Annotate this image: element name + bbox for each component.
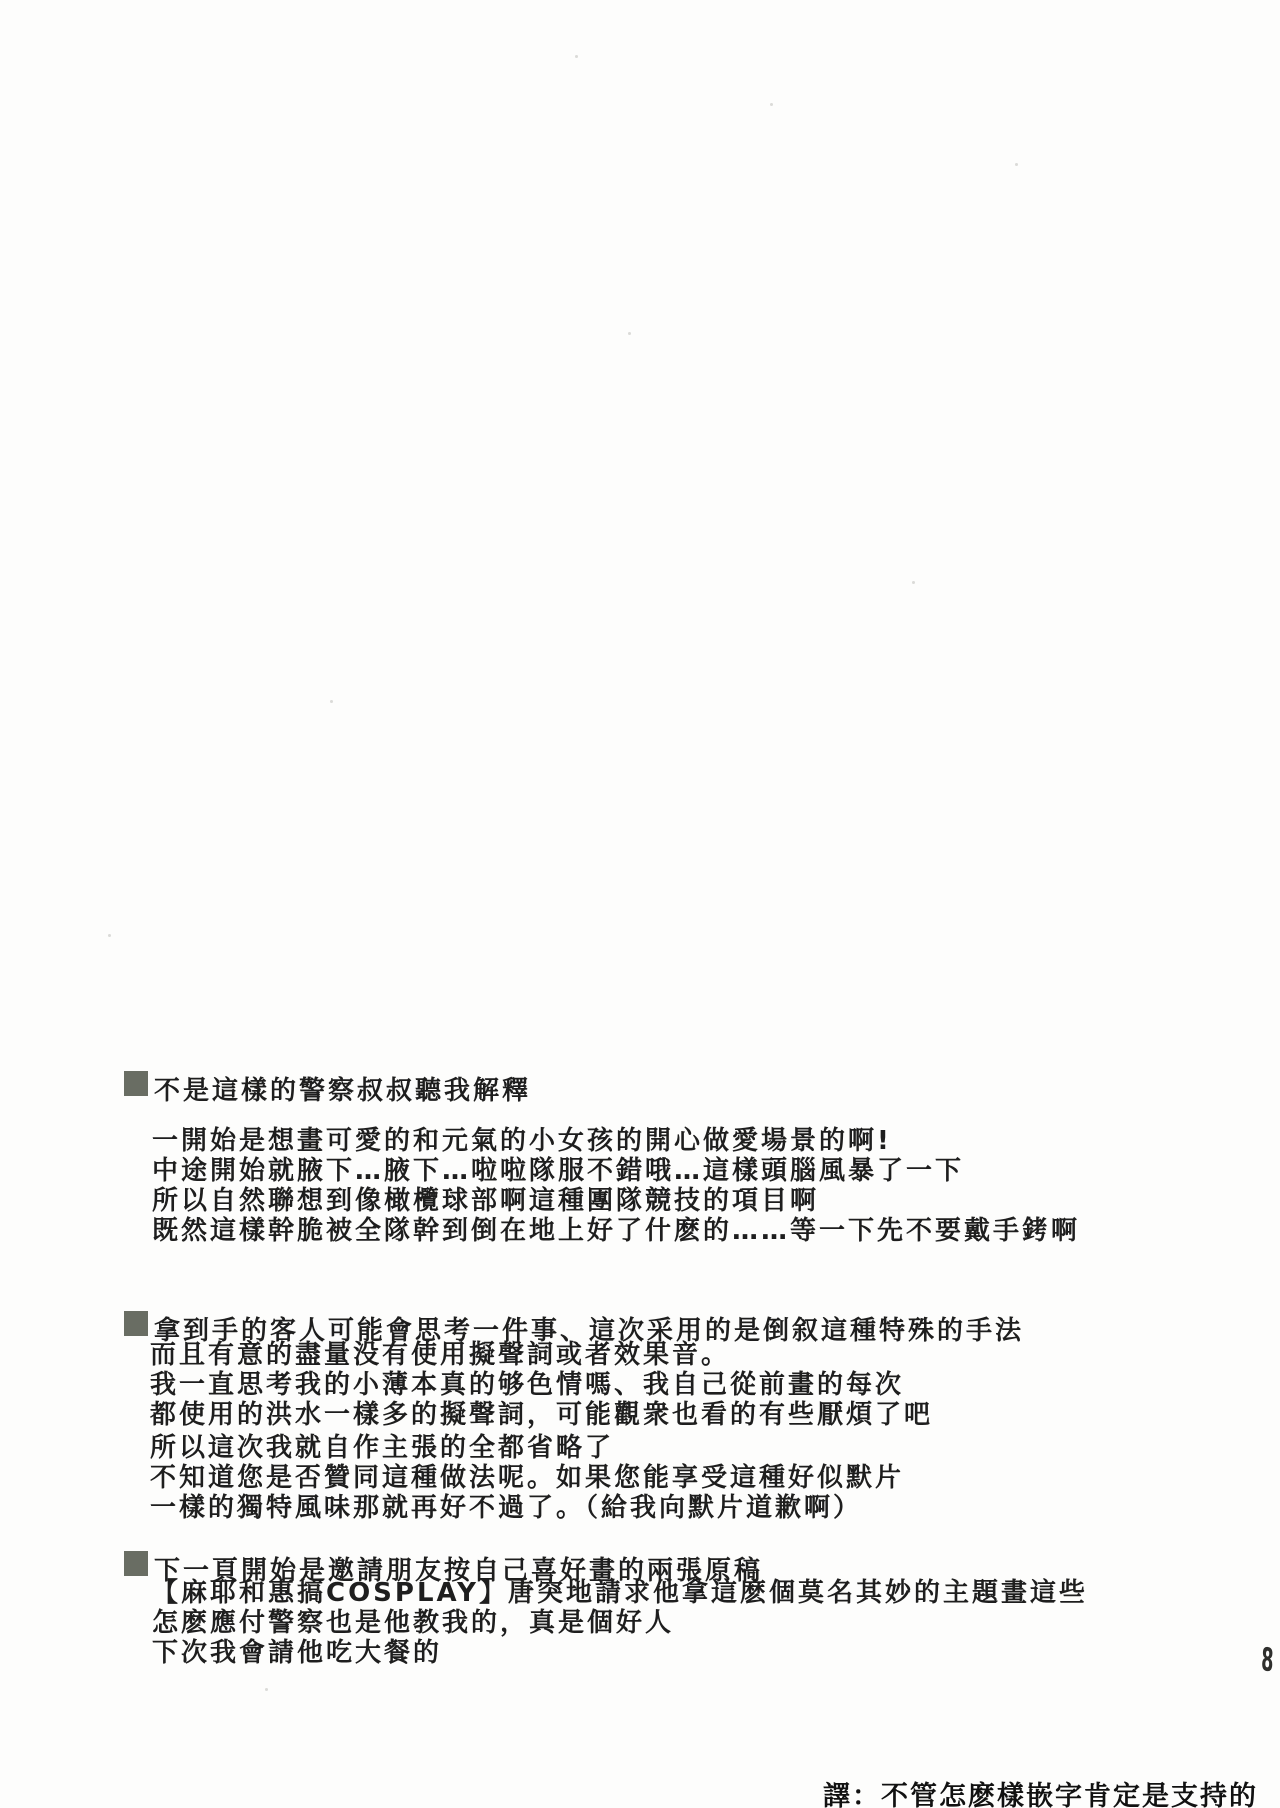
square-bullet-icon	[124, 1071, 148, 1096]
paragraph-line: 都使用的洪水一樣多的擬聲詞，可能觀衆也看的有些厭煩了吧	[150, 1400, 933, 1430]
edge-partial-glyph: 8	[1261, 1640, 1275, 1679]
paragraph-line: 我一直思考我的小薄本真的够色情嗎、我自己從前畫的每次	[150, 1370, 933, 1400]
translator-note: 譯：不管怎麽樣嵌字肯定是支持的	[823, 1774, 1258, 1808]
scan-speck	[912, 581, 915, 584]
scan-speck	[108, 934, 111, 937]
section-guest-art-paragraph: 【麻耶和惠搞COSPLAY】唐突地請求他拿這麽個莫名其妙的主題畫這些 怎麽應付警…	[152, 1578, 1088, 1668]
scan-speck	[575, 55, 578, 58]
scan-speck	[1015, 163, 1018, 166]
paragraph-line: 下次我會請他吃大餐的	[152, 1638, 1088, 1668]
scan-speck	[628, 332, 631, 335]
square-bullet-icon	[124, 1551, 148, 1576]
paragraph-line: 所以自然聯想到像橄欖球部啊這種團隊競技的項目啊	[152, 1186, 1080, 1216]
section-police-paragraph: 一開始是想畫可愛的和元氣的小女孩的開心做愛場景的啊! 中途開始就腋下…腋下…啦啦…	[152, 1126, 1080, 1246]
section-heading-police: 不是這樣的警察叔叔聽我解釋	[124, 1070, 531, 1107]
paragraph-line: 不知道您是否贊同這種做法呢。如果您能享受這種好似默片	[150, 1463, 933, 1493]
scan-speck	[770, 103, 773, 106]
scan-speck	[265, 1688, 268, 1691]
paragraph-line: 【麻耶和惠搞COSPLAY】唐突地請求他拿這麽個莫名其妙的主題畫這些	[152, 1578, 1088, 1608]
paragraph-line: 一開始是想畫可愛的和元氣的小女孩的開心做愛場景的啊!	[152, 1126, 1080, 1156]
section-heading-text: 不是這樣的警察叔叔聽我解釋	[154, 1070, 531, 1107]
paragraph-line: 既然這樣幹脆被全隊幹到倒在地上好了什麽的……等一下先不要戴手銬啊	[152, 1216, 1080, 1246]
paragraph-line: 怎麽應付警察也是他教我的，真是個好人	[152, 1608, 1088, 1638]
scanned-afterword-page: 不是這樣的警察叔叔聽我解釋 一開始是想畫可愛的和元氣的小女孩的開心做愛場景的啊!…	[0, 0, 1280, 1808]
scan-speck	[330, 700, 333, 703]
section-sound-effects-paragraph: 而且有意的盡量没有使用擬聲詞或者效果音。 我一直思考我的小薄本真的够色情嗎、我自…	[150, 1340, 933, 1523]
paragraph-line: 而且有意的盡量没有使用擬聲詞或者效果音。	[150, 1340, 933, 1370]
paragraph-line: 中途開始就腋下…腋下…啦啦隊服不錯哦…這樣頭腦風暴了一下	[152, 1156, 1080, 1186]
paragraph-line: 一樣的獨特風味那就再好不過了。（給我向默片道歉啊）	[150, 1493, 933, 1523]
square-bullet-icon	[124, 1311, 148, 1336]
paragraph-line: 所以這次我就自作主張的全都省略了	[150, 1433, 933, 1463]
